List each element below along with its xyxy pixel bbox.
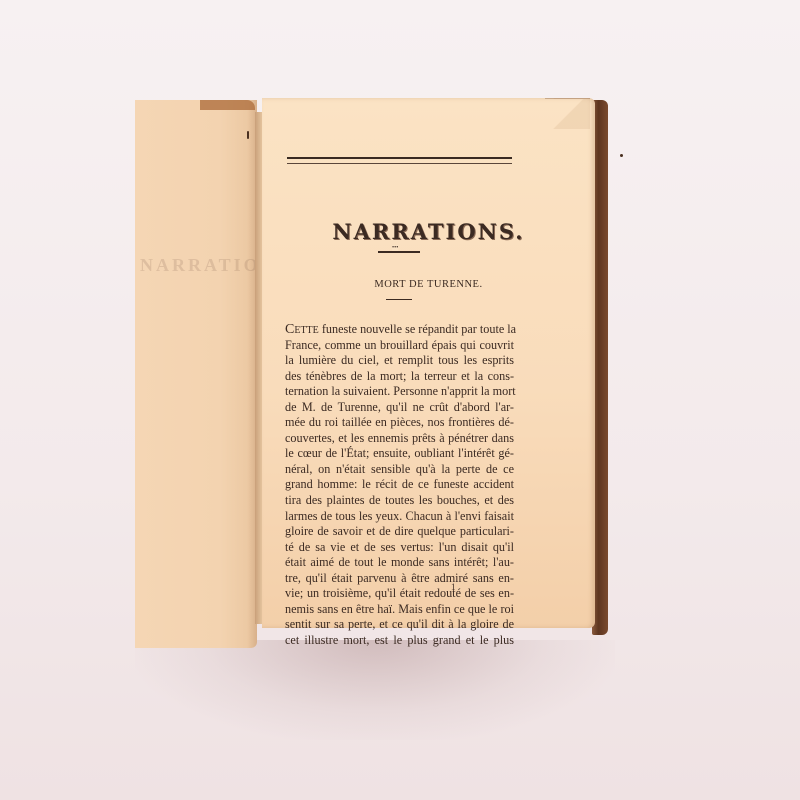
page-mark — [247, 131, 249, 139]
text-line: gloire de savoir et de dire quelque part… — [285, 524, 514, 540]
text-line: mée du roi taillée en pièces, nos fronti… — [285, 415, 514, 431]
left-page — [135, 100, 257, 648]
body-text: Cette funeste nouvelle se répandit par t… — [285, 322, 514, 648]
text-line: tre, qu'il était parvenu à être admiré s… — [285, 571, 514, 587]
text-line: tira des plaintes de toutes les bouches,… — [285, 493, 514, 509]
left-page-cover-curl — [200, 100, 255, 110]
text-line: des ténèbres de la mort; la terreur et l… — [285, 369, 514, 385]
text-line: néral, on n'était sensible qu'à la perte… — [285, 462, 514, 478]
text-line: Cette funeste nouvelle se répandit par t… — [285, 322, 514, 338]
page-number: 1 — [451, 582, 456, 592]
chapter-title: NARRATIONS. — [262, 219, 595, 244]
page-corner-fold — [545, 98, 590, 129]
text-line: ternation la suivaient. Personne n'appri… — [285, 384, 514, 400]
text-line: la lumière du ciel, et remplit tous les … — [285, 353, 514, 369]
drop-word: Cette — [285, 322, 319, 337]
left-page-bleed-through: NARRATIONS — [140, 255, 250, 276]
text-line: couvertes, et les ennemis prêts à pénétr… — [285, 431, 514, 447]
section-title: MORT DE TURENNE. — [262, 279, 595, 290]
text-line: de M. de Turenne, qu'il ne crût d'abord … — [285, 400, 514, 416]
book-shadow — [135, 640, 615, 740]
text-line: larmes de tous les yeux. Chacun à l'envi… — [285, 509, 514, 525]
text-line: sentit sur sa perte, et ce qu'il dit à l… — [285, 617, 514, 633]
text-line: France, comme un brouillard épais qui co… — [285, 338, 514, 354]
title-ornament — [378, 251, 420, 253]
text-line: nemis sans en être haï. Mais enfin ce qu… — [285, 602, 514, 618]
text-line: était aimé de tout le monde sans intérêt… — [285, 555, 514, 571]
dust-speck — [620, 154, 623, 157]
section-rule — [386, 299, 412, 300]
text-line: vie; un troisième, qu'il était redouté d… — [285, 586, 514, 602]
text-line: grand homme: le récit de ce funeste acci… — [285, 477, 514, 493]
header-rule — [287, 157, 512, 164]
text-line: té de sa vie et de ses vertus: l'un disa… — [285, 540, 514, 556]
text-line: cet illustre mort, est le plus grand et … — [285, 633, 514, 649]
text-line: le cœur de l'État; ensuite, oubliant l'i… — [285, 446, 514, 462]
